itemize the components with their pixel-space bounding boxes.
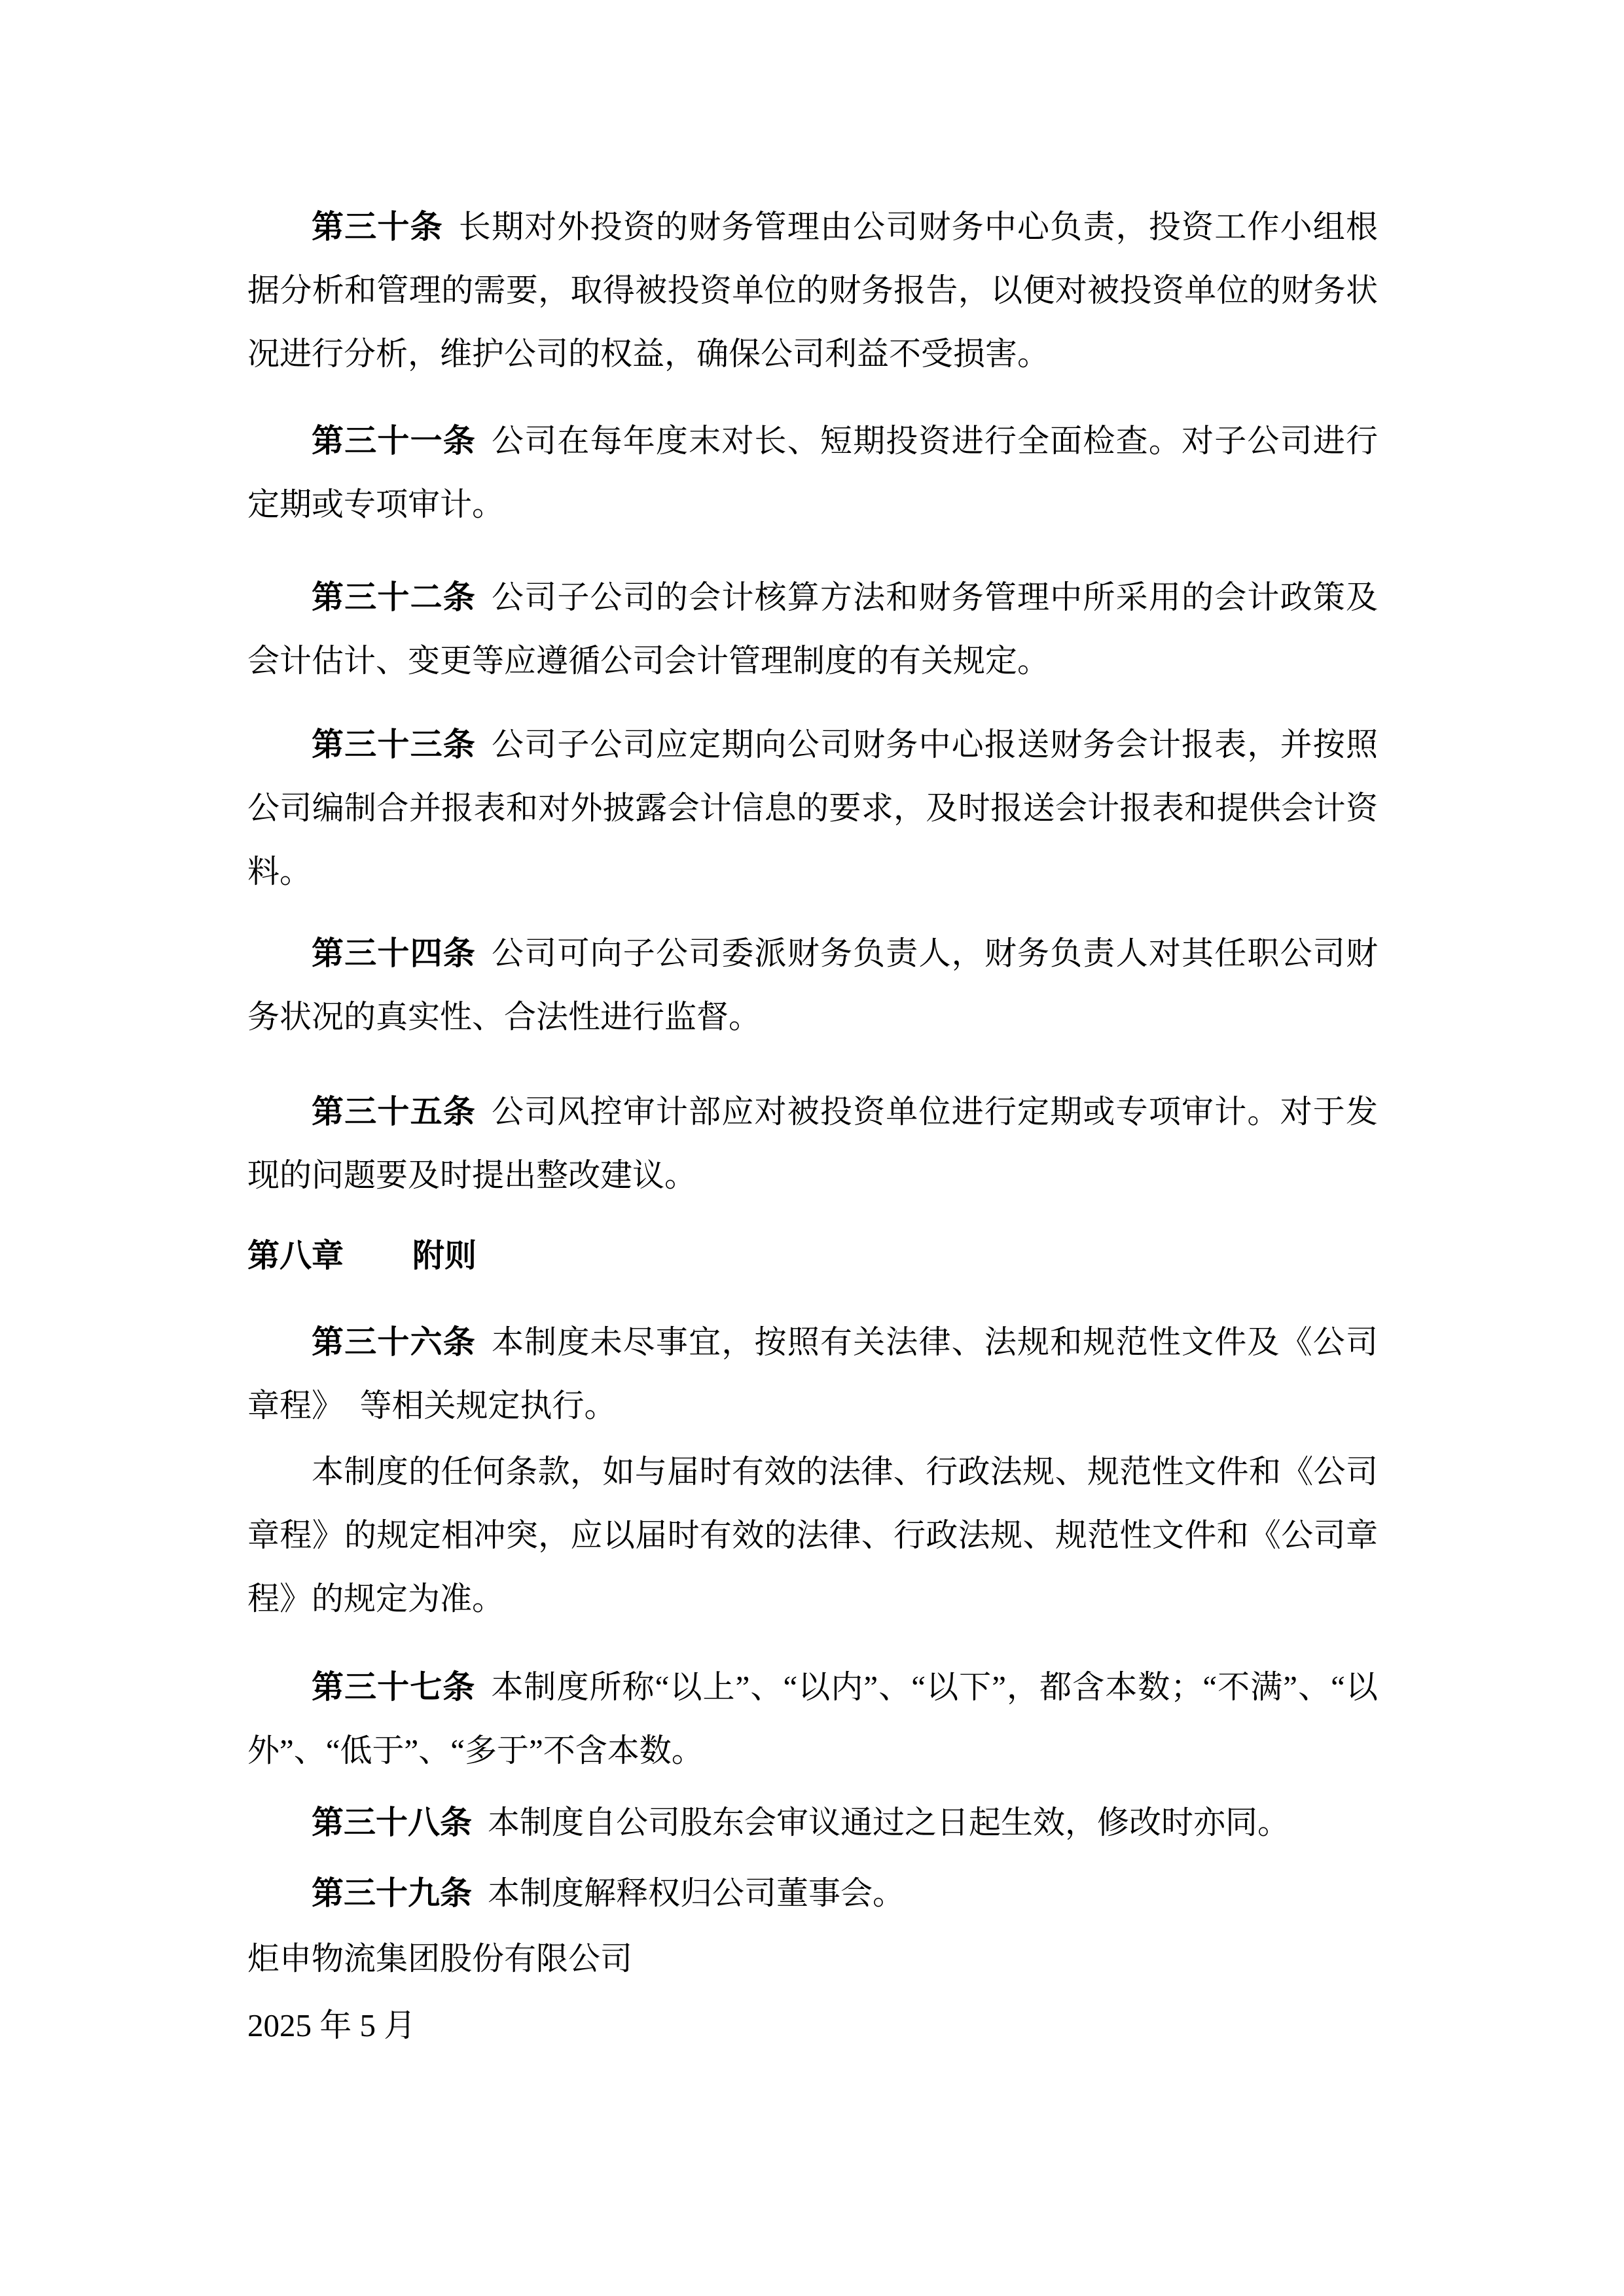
signature-date: 2025 年 5 月 [247, 1994, 1378, 2057]
document-page: 第三十条长期对外投资的财务管理由公司财务中心负责，投资工作小组根据分析和管理的需… [0, 0, 1624, 2296]
article-30-label: 第三十条 [312, 209, 443, 245]
article-34-paragraph: 第三十四条公司可向子公司委派财务负责人，财务负责人对其任职公司财务状况的真实性、… [247, 922, 1378, 1049]
signature-date-text: 2025 年 5 月 [247, 2007, 416, 2043]
article-31-paragraph: 第三十一条公司在每年度末对长、短期投资进行全面检查。对子公司进行定期或专项审计。 [247, 409, 1378, 536]
article-35-label: 第三十五条 [312, 1094, 476, 1130]
article-39-text: 本制度解释权归公司董事会。 [488, 1875, 905, 1911]
article-37-label: 第三十七条 [312, 1669, 475, 1705]
chapter-8-heading: 第八章附则 [247, 1224, 1378, 1287]
article-30-paragraph: 第三十条长期对外投资的财务管理由公司财务中心负责，投资工作小组根据分析和管理的需… [247, 195, 1378, 386]
article-39-paragraph: 第三十九条本制度解释权归公司董事会。 [247, 1861, 1378, 1925]
article-38-paragraph: 第三十八条本制度自公司股东会审议通过之日起生效，修改时亦同。 [247, 1791, 1378, 1854]
article-35-paragraph: 第三十五条公司风控审计部应对被投资单位进行定期或专项审计。对于发现的问题要及时提… [247, 1080, 1378, 1207]
article-34-label: 第三十四条 [312, 935, 476, 971]
article-37-paragraph: 第三十七条本制度所称“以上”、“以内”、“以下”，都含本数；“不满”、“以外”、… [247, 1655, 1378, 1782]
company-signature-text: 炬申物流集团股份有限公司 [247, 1941, 632, 1977]
article-38-label: 第三十八条 [312, 1804, 472, 1840]
article-32-label: 第三十二条 [312, 579, 476, 615]
article-36-paragraph: 第三十六条本制度未尽事宜，按照有关法律、法规和规范性文件及《公司章程》 等相关规… [247, 1310, 1378, 1437]
article-33-label: 第三十三条 [312, 726, 476, 762]
chapter-number: 第八章 [247, 1238, 344, 1274]
company-signature: 炬申物流集团股份有限公司 [247, 1927, 1378, 1990]
supplementary-clause-paragraph: 本制度的任何条款，如与届时有效的法律、行政法规、规范性文件和《公司章程》的规定相… [247, 1440, 1378, 1630]
article-36-label: 第三十六条 [312, 1324, 476, 1360]
article-32-paragraph: 第三十二条公司子公司的会计核算方法和财务管理中所采用的会计政策及会计估计、变更等… [247, 565, 1378, 692]
chapter-title: 附则 [412, 1238, 477, 1274]
article-31-label: 第三十一条 [312, 423, 476, 459]
article-33-paragraph: 第三十三条公司子公司应定期向公司财务中心报送财务会计报表，并按照公司编制合并报表… [247, 713, 1378, 903]
supplementary-clause-text: 本制度的任何条款，如与届时有效的法律、行政法规、规范性文件和《公司章程》的规定相… [247, 1454, 1378, 1617]
article-38-text: 本制度自公司股东会审议通过之日起生效，修改时亦同。 [488, 1804, 1290, 1840]
article-39-label: 第三十九条 [312, 1875, 472, 1911]
